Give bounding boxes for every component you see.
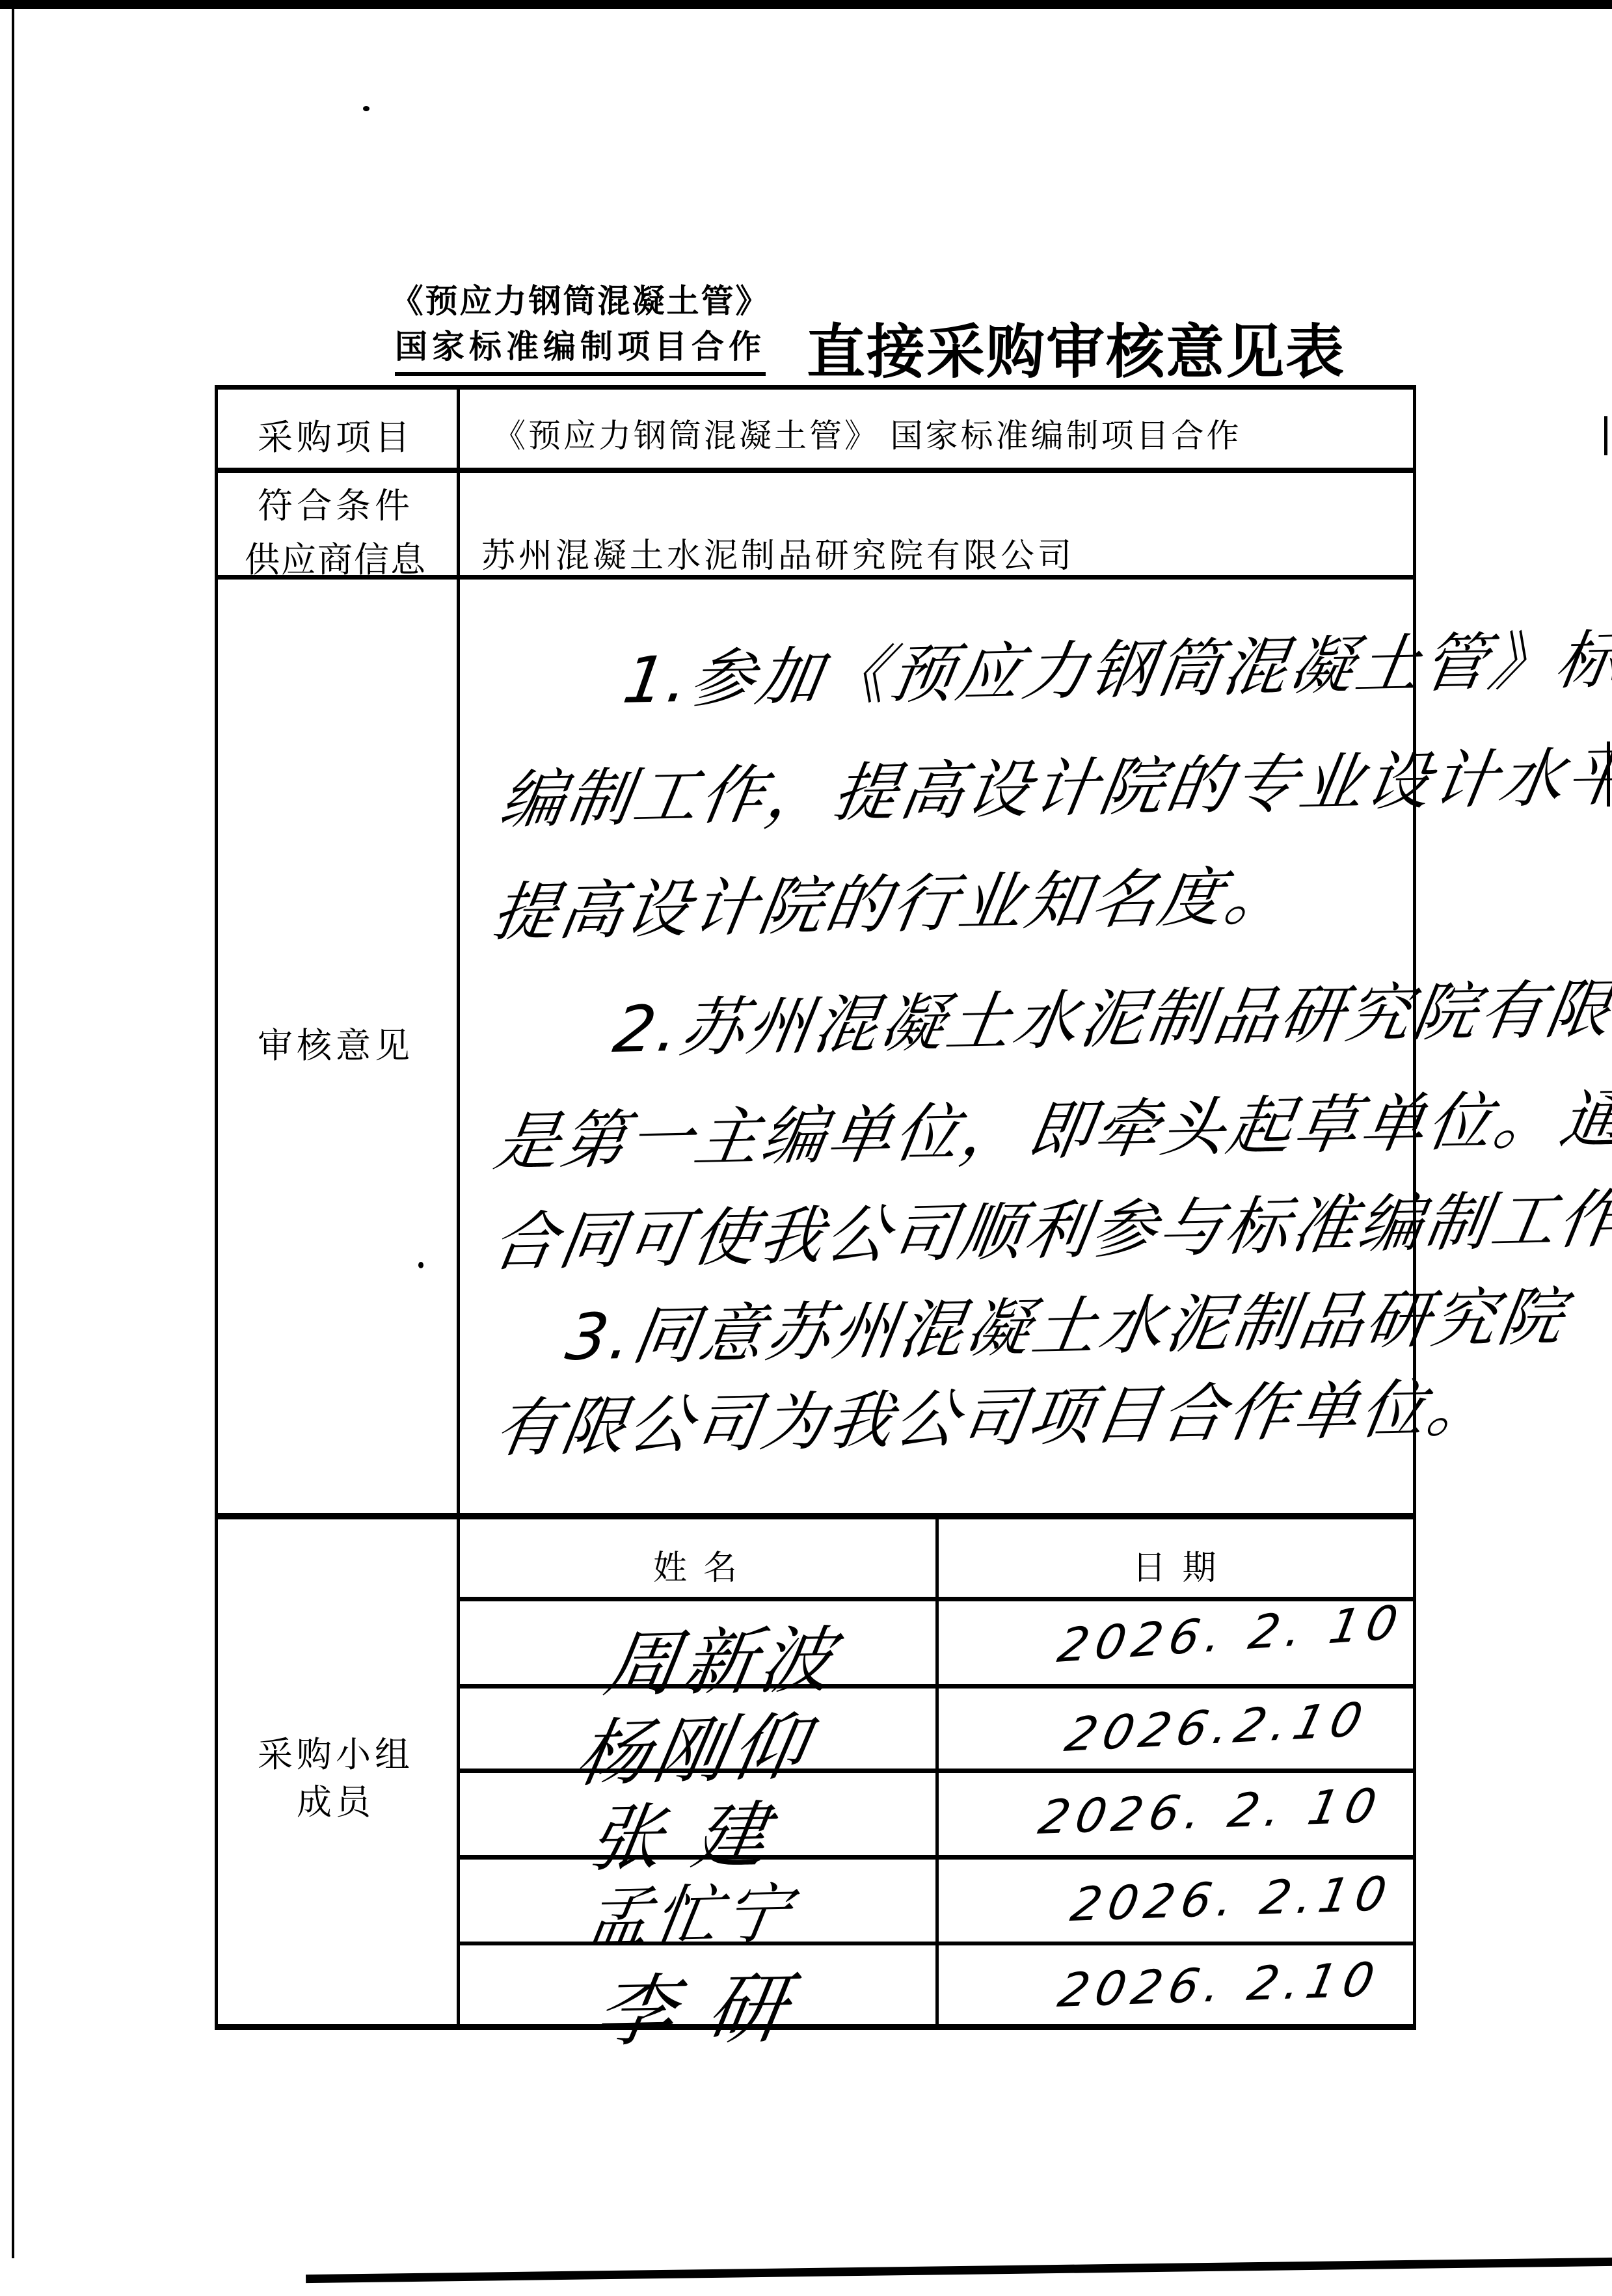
handwritten-opinion-line: 编制工作，提高设计院的专业设计水平， <box>494 725 1612 841</box>
scan-top-edge-bar <box>0 0 1612 9</box>
subtitle-line1: 《预应力钢筒混凝土管》 <box>391 283 770 319</box>
signature-date: 2026. 2. 10 <box>1034 1778 1388 1845</box>
supplier-value: 苏州混凝土水泥制品研究院有限公司 <box>481 528 1075 577</box>
date-column-header: 日 期 <box>939 1540 1414 1589</box>
name-column-header: 姓 名 <box>459 1540 935 1589</box>
signature-date: 2026.2.10 <box>1060 1692 1374 1762</box>
subtitle-line2: 国家标准编制项目合作 <box>395 324 766 376</box>
scan-left-edge-line <box>12 8 14 2258</box>
handwritten-opinion-line: 合同可使我公司顺利参与标准编制工作。 <box>487 1167 1612 1283</box>
member-signature: 孟忙宁 <box>579 1861 801 1959</box>
row-divider <box>215 468 1416 473</box>
handwritten-opinion-line: 是第一主编单位，即牵头起草单位。通过 <box>489 1067 1612 1183</box>
supplier-label-line2: 供应商信息 <box>215 532 457 582</box>
table-border-bottom <box>215 2024 1416 2030</box>
scan-right-edge-mark <box>1604 416 1607 455</box>
ink-dot <box>418 1262 423 1268</box>
supplier-label-line1: 符合条件 <box>215 478 457 528</box>
signature-date: 2026. 2. 10 <box>1054 1595 1408 1673</box>
signature-date: 2026. 2.10 <box>1054 1952 1385 2018</box>
document-title: 直接采购审核意见表 <box>807 304 1345 389</box>
handwritten-opinion-line: 1.参加《预应力钢筒混凝土管》标准 <box>618 607 1612 721</box>
scanned-form-page: 《预应力钢筒混凝土管》 国家标准编制项目合作 直接采购审核意见表 采购项目 《预… <box>0 0 1612 2296</box>
member-signature: 李 研 <box>589 1946 799 2062</box>
signature-date: 2026. 2.10 <box>1067 1866 1397 1932</box>
team-label-line2: 成员 <box>215 1774 457 1824</box>
handwritten-opinion-line: 提高设计院的行业知名度。 <box>487 845 1300 954</box>
procurement-project-label: 采购项目 <box>215 410 457 460</box>
signature-row-divider <box>459 1597 1415 1601</box>
document-subtitle: 《预应力钢筒混凝土管》 国家标准编制项目合作 <box>385 278 775 376</box>
scan-bottom-edge-bar <box>306 2258 1612 2283</box>
row-divider <box>215 1513 1416 1519</box>
procurement-project-value: 《预应力钢筒混凝土管》 国家标准编制项目合作 <box>493 410 1242 457</box>
review-opinion-label: 审核意见 <box>215 1018 457 1068</box>
ink-dot <box>363 106 369 111</box>
label-column-divider <box>457 385 460 2030</box>
team-label-line1: 采购小组 <box>215 1727 457 1777</box>
handwritten-opinion-line: 2.苏州混凝土水泥制品研究院有限公司 <box>608 955 1612 1071</box>
table-border-top <box>215 385 1416 390</box>
